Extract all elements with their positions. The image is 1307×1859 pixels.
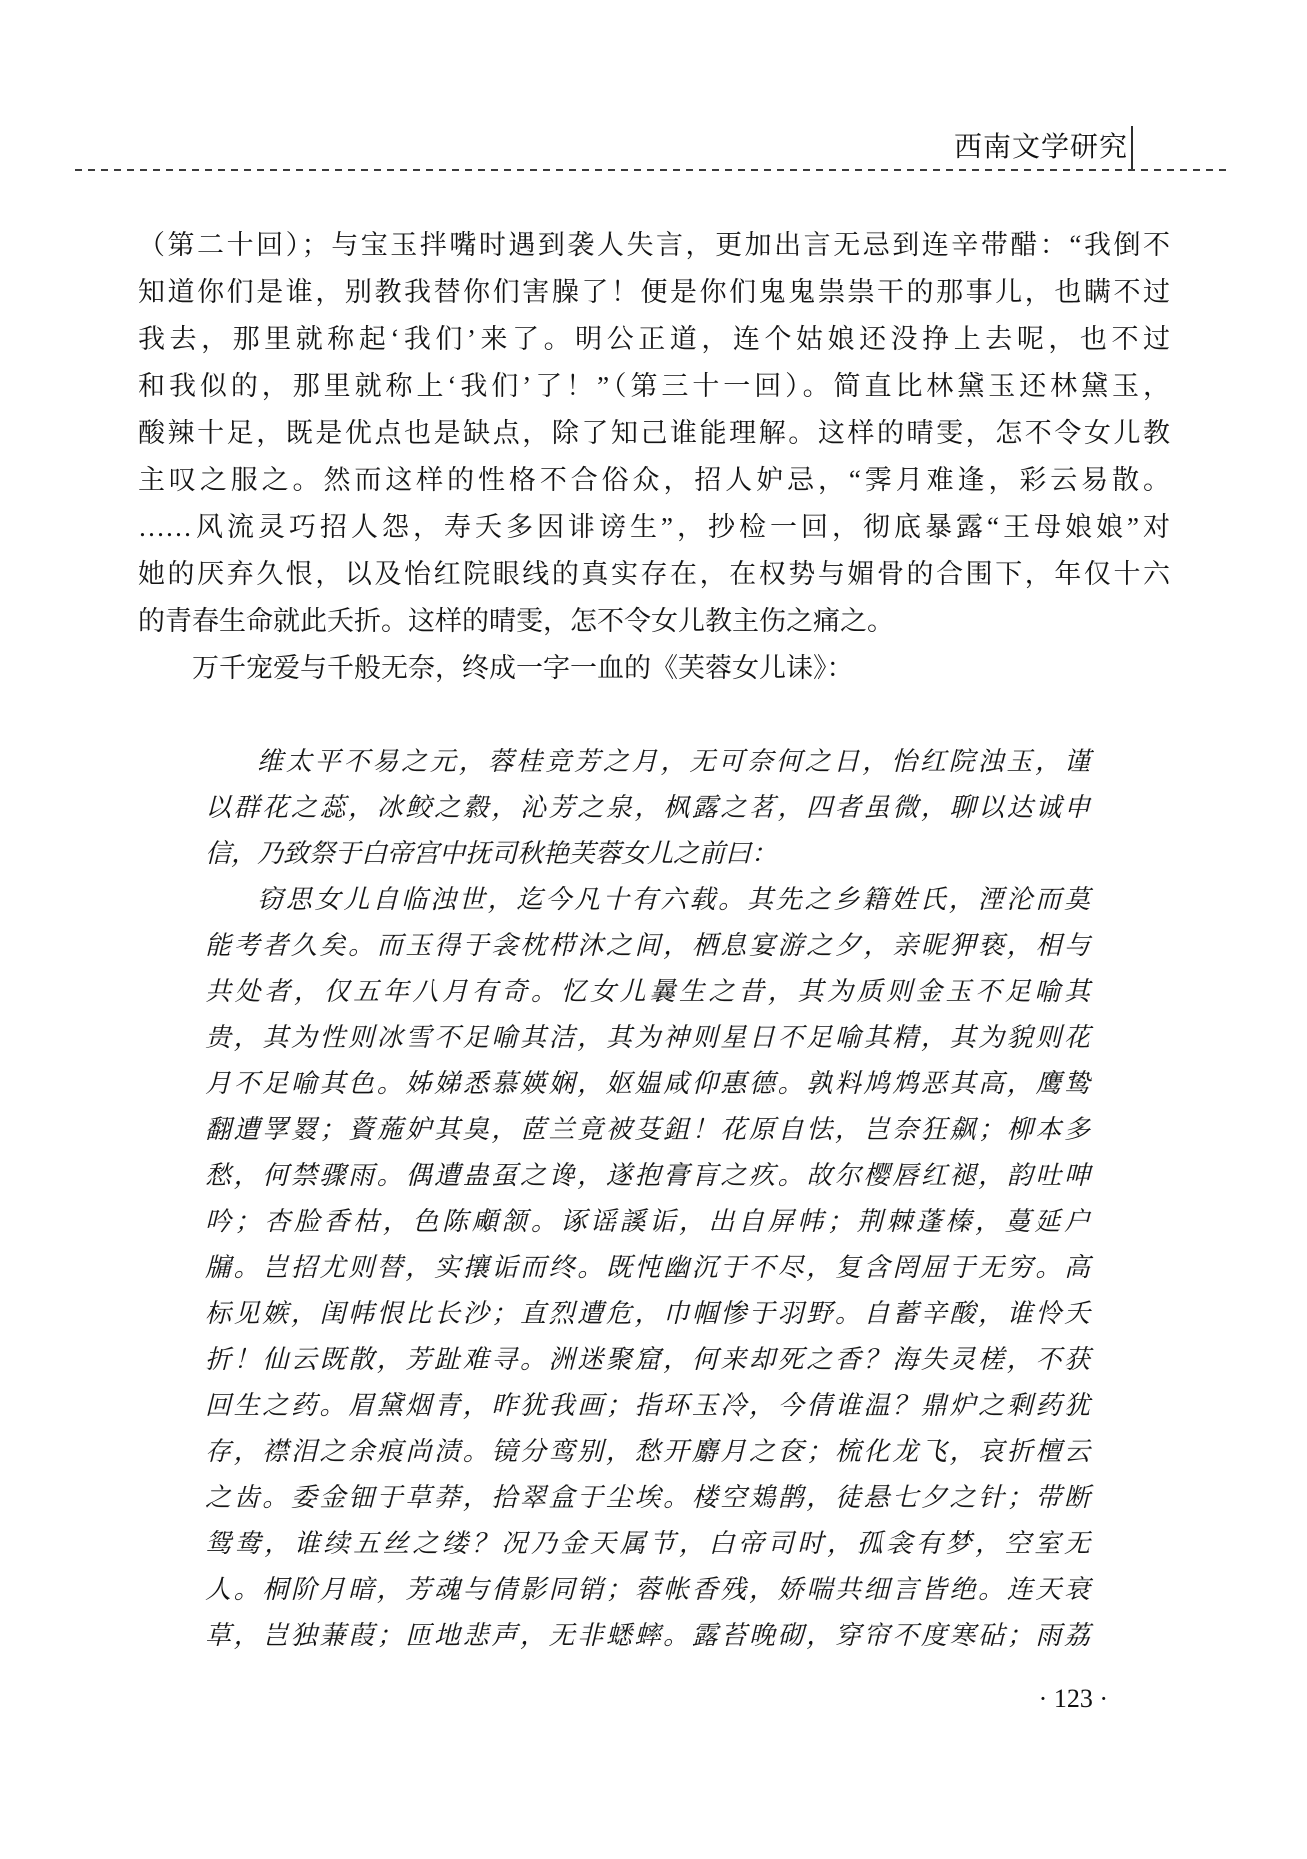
quote-line: 折！仙云既散，芳趾难寻。洲迷聚窟，何来却死之香？海失灵槎，不获 [205, 1337, 1090, 1383]
header-dashed-rule [75, 169, 1232, 171]
quote-line: 鸳鸯，谁续五丝之缕？况乃金天属节，白帝司时，孤衾有梦，空室无 [205, 1521, 1090, 1567]
body-line: 她的厌弃久恨，以及怡红院眼线的真实存在，在权势与媚骨的合围下，年仅十六 [138, 551, 1170, 598]
quote-line: 翻遭罦罬；薋葹妒其臭，茝兰竟被芟鉏！花原自怯，岂奈狂飙；柳本多 [205, 1107, 1090, 1153]
quote-line: 以群花之蕊，冰鲛之縠，沁芳之泉，枫露之茗，四者虽微，聊以达诚申 [205, 785, 1090, 831]
blank-line-spacer [138, 692, 1170, 739]
body-line: （第二十回）；与宝玉拌嘴时遇到袭人失言，更加出言无忌到连辛带醋：“我倒不 [138, 222, 1170, 269]
page-number: · 123 · [1039, 1684, 1108, 1714]
body-paragraph-lead-line: 万千宠爱与千般无奈，终成一字一血的《芙蓉女儿诔》： [138, 645, 1170, 692]
quote-line: 标见嫉，闺帏恨比长沙；直烈遭危，巾帼惨于羽野。自蓄辛酸，谁怜夭 [205, 1291, 1090, 1337]
quote-line: 牖。岂招尤则替，实攘诟而终。既忳幽沉于不尽，复含罔屈于无穷。高 [205, 1245, 1090, 1291]
quote-line: 存，襟泪之余痕尚渍。镜分鸾别，愁开麝月之奁；梳化龙飞，哀折檀云 [205, 1429, 1090, 1475]
quote-line: 维太平不易之元，蓉桂竞芳之月，无可奈何之日，怡红院浊玉，谨 [205, 739, 1090, 785]
quote-line: 信，乃致祭于白帝宫中抚司秋艳芙蓉女儿之前曰： [205, 831, 1090, 877]
quote-line: 之齿。委金钿于草莽，拾翠盒于尘埃。楼空鳷鹊，徒悬七夕之针；带断 [205, 1475, 1090, 1521]
quote-line: 能考者久矣。而玉得于衾枕栉沐之间，栖息宴游之夕，亲昵狎亵，相与 [205, 923, 1090, 969]
quote-line: 草，岂独蒹葭；匝地悲声，无非蟋蟀。露苔晚砌，穿帘不度寒砧；雨荔 [205, 1613, 1090, 1659]
body-line: 主叹之服之。然而这样的性格不合俗众，招人妒忌，“霁月难逢，彩云易散。 [138, 457, 1170, 504]
body-text-block: （第二十回）；与宝玉拌嘴时遇到袭人失言，更加出言无忌到连辛带醋：“我倒不 知道你… [138, 222, 1170, 1659]
quote-line: 愁，何禁骤雨。偶遭蛊虿之谗，遂抱膏肓之疚。故尔樱唇红褪，韵吐呻 [205, 1153, 1090, 1199]
document-page: 西南文学研究 （第二十回）；与宝玉拌嘴时遇到袭人失言，更加出言无忌到连辛带醋：“… [0, 0, 1307, 1859]
body-line: 我去，那里就称起‘我们’来了。明公正道，连个姑娘还没挣上去呢，也不过 [138, 316, 1170, 363]
body-line: 和我似的，那里就称上‘我们’了！”（第三十一回）。简直比林黛玉还林黛玉， [138, 363, 1170, 410]
quote-line: 吟；杏脸香枯，色陈顑颔。诼谣謑诟，出自屏帏；荆棘蓬榛，蔓延户 [205, 1199, 1090, 1245]
header-tick-rule [1131, 126, 1133, 171]
quote-line: 贵，其为性则冰雪不足喻其洁，其为神则星日不足喻其精，其为貌则花 [205, 1015, 1090, 1061]
elegy-quote-block: 维太平不易之元，蓉桂竞芳之月，无可奈何之日，怡红院浊玉，谨 以群花之蕊，冰鲛之縠… [205, 739, 1090, 1659]
body-line: 知道你们是谁，别教我替你们害臊了！便是你们鬼鬼祟祟干的那事儿，也瞒不过 [138, 269, 1170, 316]
quote-line: 回生之药。眉黛烟青，昨犹我画；指环玉冷，今倩谁温？鼎炉之剩药犹 [205, 1383, 1090, 1429]
quote-line: 共处者，仅五年八月有奇。忆女儿曩生之昔，其为质则金玉不足喻其 [205, 969, 1090, 1015]
quote-line: 人。桐阶月暗，芳魂与倩影同销；蓉帐香残，娇喘共细言皆绝。连天衰 [205, 1567, 1090, 1613]
quote-line: 月不足喻其色。姊娣悉慕媖娴，妪媪咸仰惠德。孰料鸠鸩恶其高，鹰鸷 [205, 1061, 1090, 1107]
body-line: 的青春生命就此夭折。这样的晴雯，怎不令女儿教主伤之痛之。 [138, 598, 1170, 645]
body-line: ……风流灵巧招人怨，寿夭多因诽谤生”，抄检一回，彻底暴露“王母娘娘”对 [138, 504, 1170, 551]
body-line: 酸辣十足，既是优点也是缺点，除了知己谁能理解。这样的晴雯，怎不令女儿教 [138, 410, 1170, 457]
quote-line: 窃思女儿自临浊世，迄今凡十有六载。其先之乡籍姓氏，湮沦而莫 [205, 877, 1090, 923]
journal-title: 西南文学研究 [954, 128, 1128, 168]
